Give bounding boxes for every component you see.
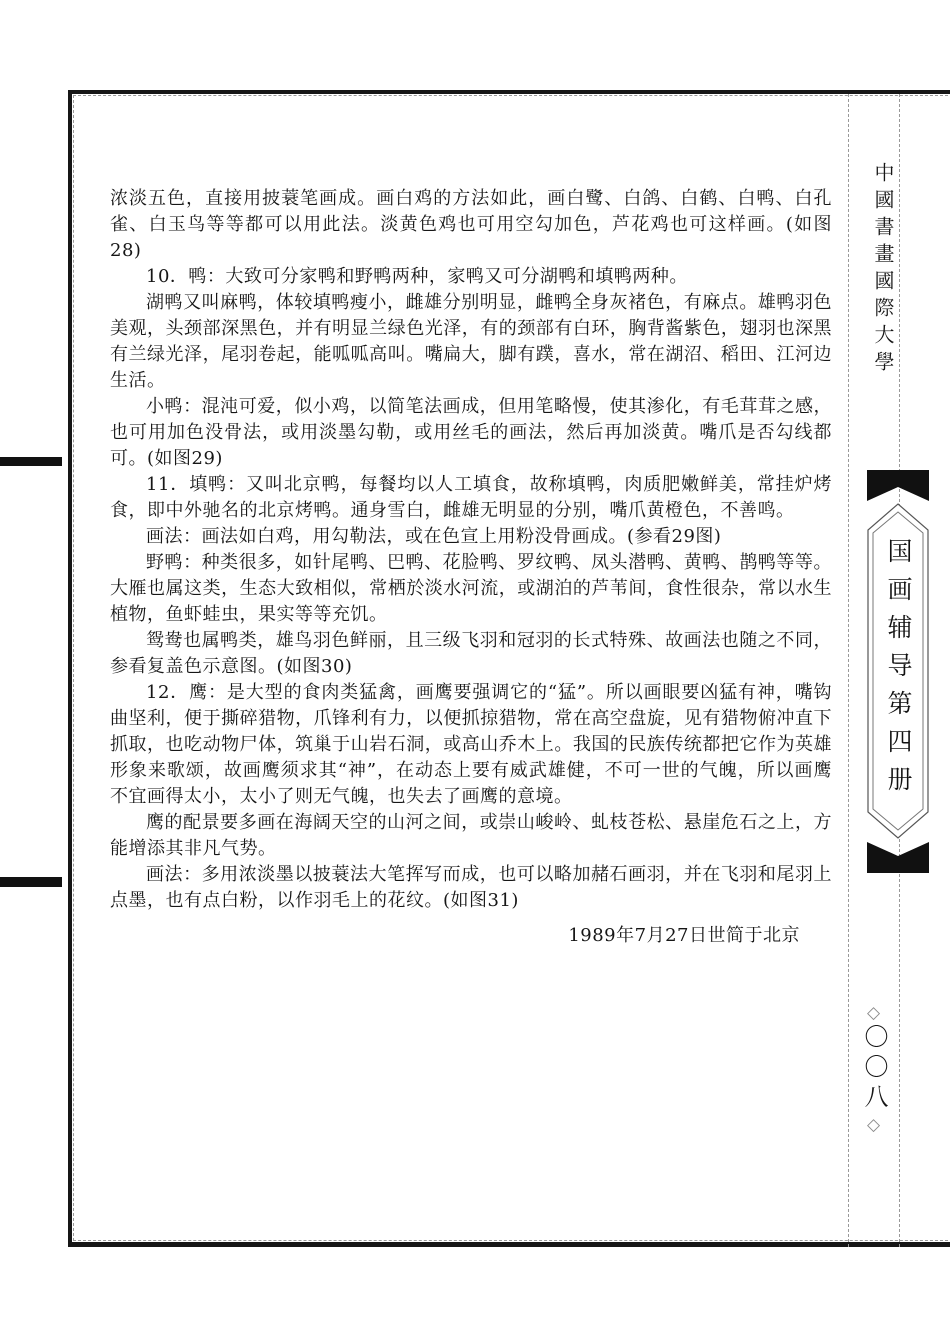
page-number-digits: 〇〇八 <box>848 1024 899 1114</box>
paragraph: 小鸭：混沌可爱，似小鸡，以简笔法画成，但用笔略慢，使其渗化，有毛茸茸之感，也可用… <box>110 394 832 472</box>
date-line: 1989年7月27日世简于北京 <box>110 923 832 949</box>
diamond-ornament-icon: ◇ <box>867 1002 880 1024</box>
paragraph: 12．鹰：是大型的食肉类猛禽，画鹰要强调它的“猛”。所以画眼要凶猛有神，嘴钩曲坚… <box>110 680 832 810</box>
banner-box: 国画辅导第四册 <box>867 503 929 839</box>
paragraph: 浓淡五色，直接用披蓑笔画成。画白鸡的方法如此，画白鹭、白鸽、白鹤、白鸭、白孔雀、… <box>110 186 832 264</box>
sidebar-institution-vertical-text: 中國書畫國際大學 <box>850 150 898 390</box>
paragraph: 画法：多用浓淡墨以披蓑法大笔挥写而成，也可以略加赭石画羽，并在飞羽和尾羽上点墨，… <box>110 862 832 914</box>
paragraph: 鹰的配景要多画在海阔天空的山河之间，或崇山峻岭、虬枝苍松、悬崖危石之上，方能增添… <box>110 810 832 862</box>
page-number-block: ◇ 〇〇八 ◇ <box>848 1002 899 1136</box>
paragraph: 画法：画法如白鸡，用勾勒法，或在色宣上用粉没骨画成。(参看29图) <box>110 524 832 550</box>
main-text-column: 浓淡五色，直接用披蓑笔画成。画白鸡的方法如此，画白鹭、白鸽、白鹤、白鸭、白孔雀、… <box>110 186 832 949</box>
paragraph: 鸳鸯也属鸭类，雄鸟羽色鲜丽，且三级飞羽和冠羽的长式特殊、故画法也随之不同，参看复… <box>110 628 832 680</box>
paragraph: 野鸭：种类很多，如针尾鸭、巴鸭、花脸鸭、罗纹鸭、凤头潜鸭、黄鸭、鹊鸭等等。大雁也… <box>110 550 832 628</box>
banner-bottom-bar <box>0 877 62 887</box>
banner-top-bar <box>0 457 62 466</box>
banner-title-vertical-text: 国画辅导第四册 <box>867 503 929 839</box>
paragraph: 10．鸭：大致可分家鸭和野鸭两种，家鸭又可分湖鸭和填鸭两种。 <box>110 264 832 290</box>
paragraph: 湖鸭又叫麻鸭，体较填鸭瘦小，雌雄分别明显，雌鸭全身灰褚色，有麻点。雄鸭羽色美观，… <box>110 290 832 394</box>
scanned-book-page: 浓淡五色，直接用披蓑笔画成。画白鸡的方法如此，画白鹭、白鸽、白鹤、白鸭、白孔雀、… <box>0 0 950 1344</box>
paragraph: 11．填鸭：又叫北京鸭，每餐均以人工填食，故称填鸭，肉质肥嫩鲜美，常挂炉烤食，即… <box>110 472 832 524</box>
diamond-ornament-icon: ◇ <box>867 1114 880 1136</box>
